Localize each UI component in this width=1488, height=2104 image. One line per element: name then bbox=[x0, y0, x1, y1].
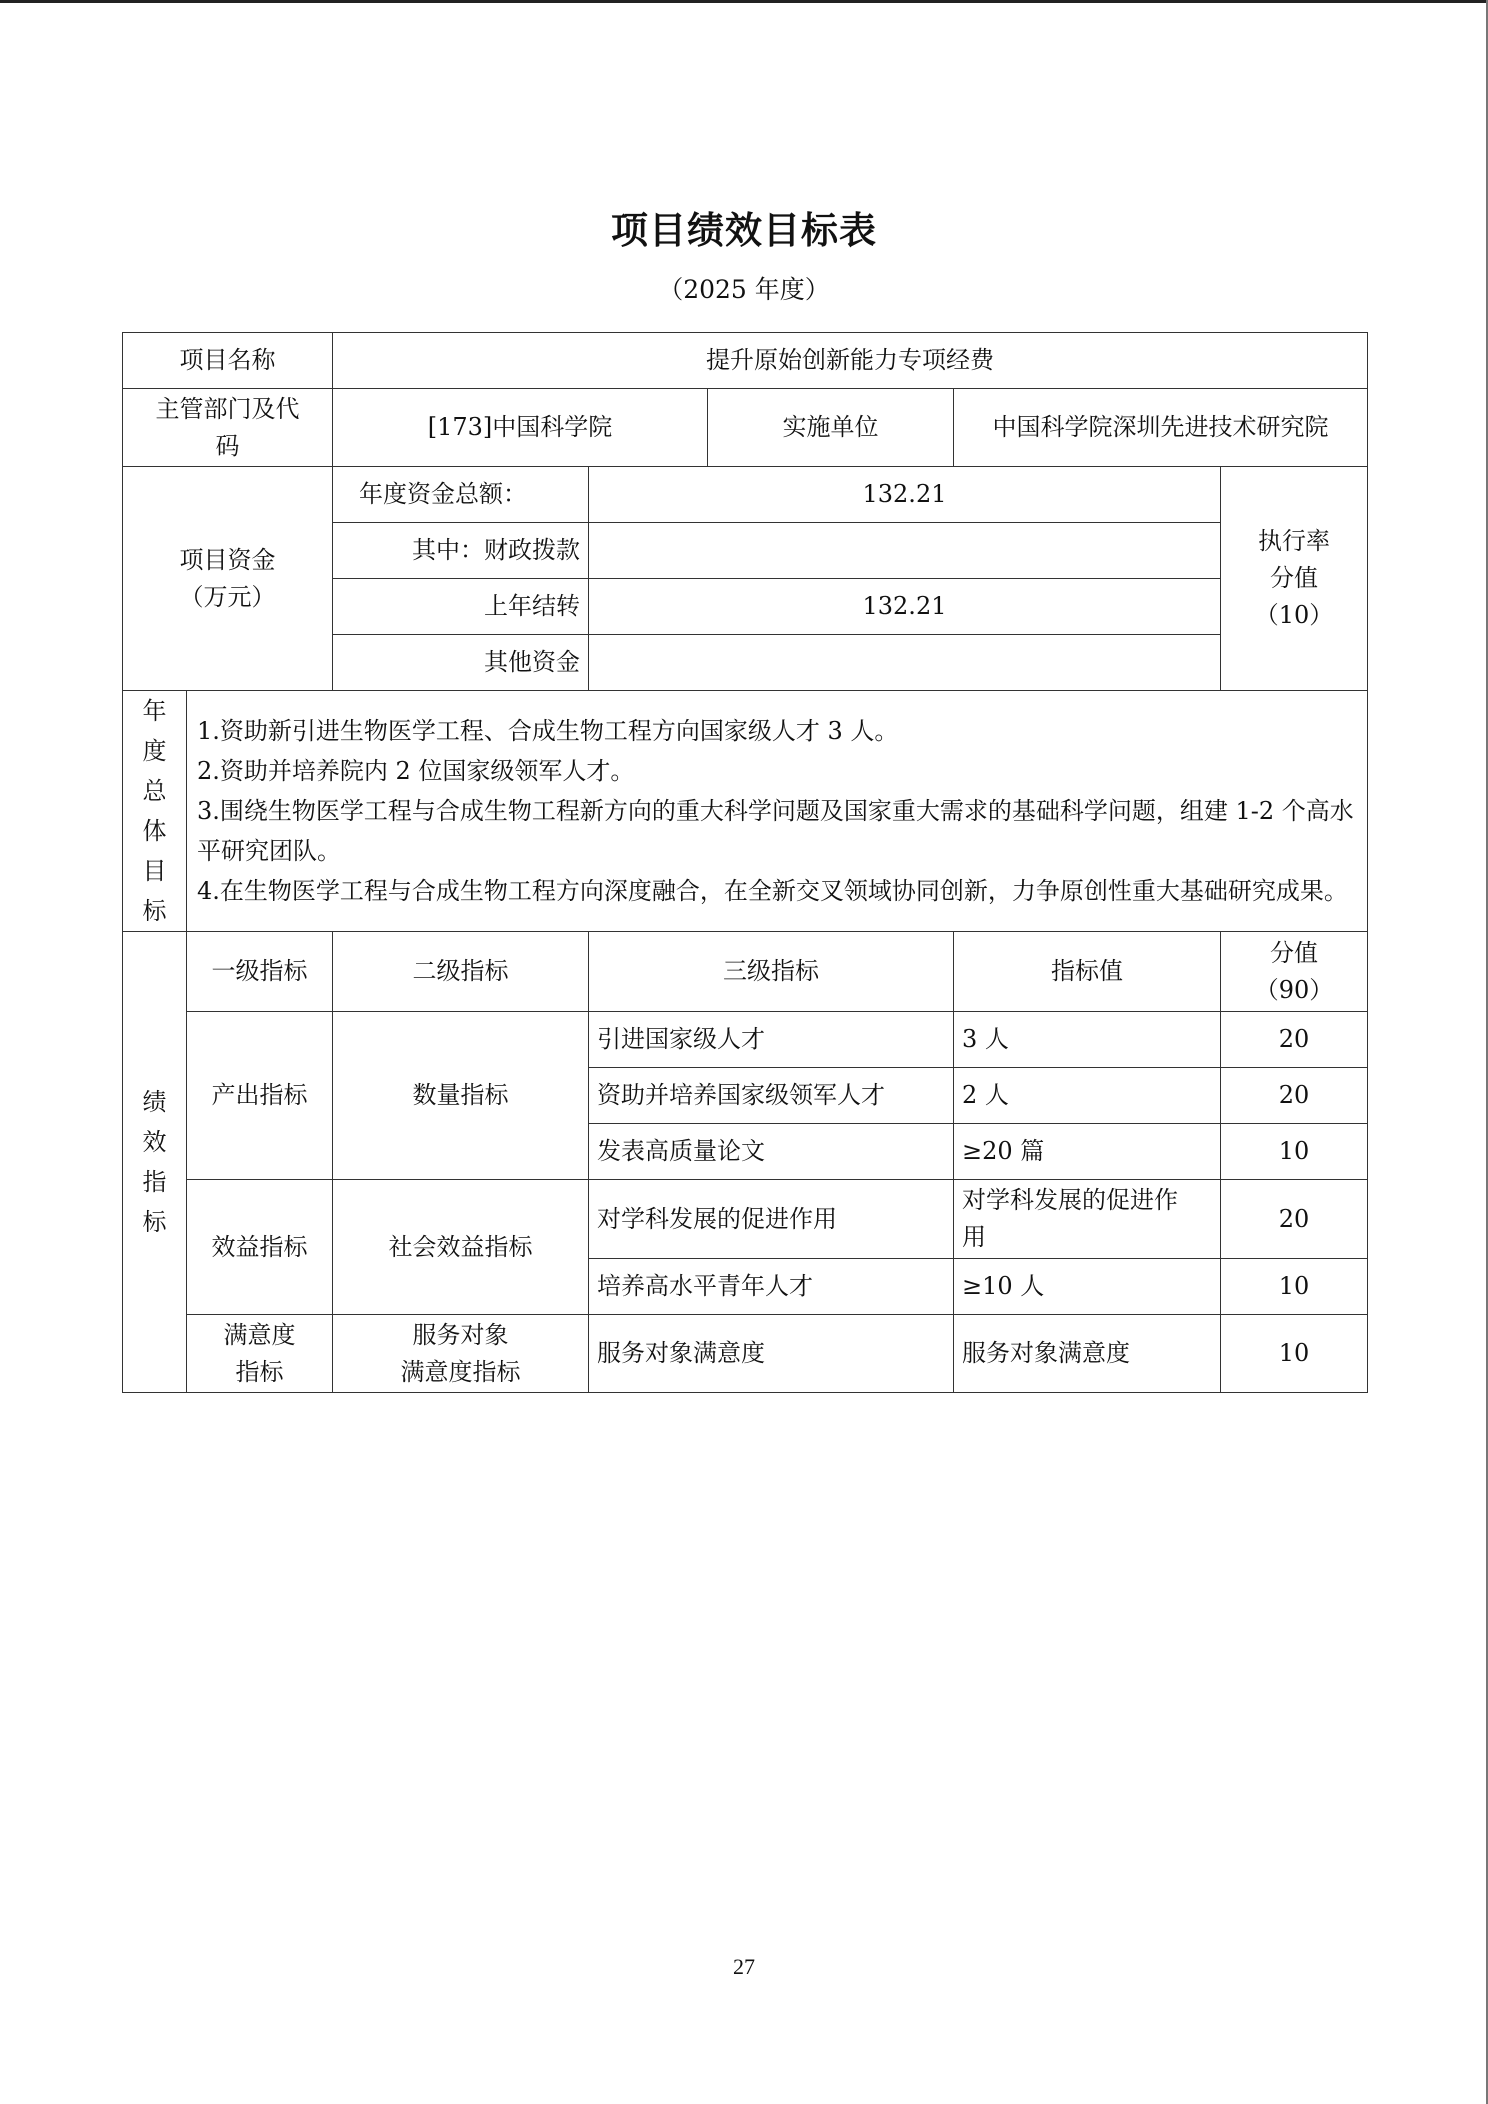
indicator-score: 20 bbox=[1221, 1068, 1368, 1124]
department-row: 主管部门及代 码 [173]中国科学院 实施单位 中国科学院深圳先进技术研究院 bbox=[123, 389, 1368, 467]
header-level3: 三级指标 bbox=[589, 932, 954, 1012]
goals-label-char: 标 bbox=[123, 891, 186, 931]
indicator-value: 2 人 bbox=[954, 1068, 1221, 1124]
goals-label-char: 目 bbox=[123, 851, 186, 891]
annual-goals-content: 1.资助新引进生物医学工程、合成生物工程方向国家级人才 3 人。 2.资助并培养… bbox=[187, 691, 1368, 932]
page-number: 27 bbox=[0, 1954, 1488, 1980]
indicators-label-char: 效 bbox=[123, 1122, 186, 1162]
funds-fiscal-value bbox=[589, 523, 1221, 579]
page-subtitle: （2025 年度） bbox=[0, 270, 1488, 306]
goals-label-char: 体 bbox=[123, 811, 186, 851]
indicator-value: 对学科发展的促进作用 bbox=[954, 1180, 1221, 1259]
header-score: 分值 （90） bbox=[1221, 932, 1368, 1012]
department-label-line1: 主管部门及代 bbox=[131, 391, 324, 428]
indicator-level3: 服务对象满意度 bbox=[589, 1315, 954, 1393]
indicator-score: 20 bbox=[1221, 1012, 1368, 1068]
indicator-score: 20 bbox=[1221, 1180, 1368, 1259]
department-label-line2: 码 bbox=[131, 428, 324, 465]
implementing-unit-label: 实施单位 bbox=[708, 389, 954, 467]
benefit-indicator-level2: 社会效益指标 bbox=[333, 1180, 589, 1315]
funds-carryover-label: 上年结转 bbox=[333, 579, 589, 635]
indicator-score: 10 bbox=[1221, 1315, 1368, 1393]
indicator-level3: 对学科发展的促进作用 bbox=[589, 1180, 954, 1259]
indicator-score: 10 bbox=[1221, 1259, 1368, 1315]
goals-label-char: 总 bbox=[123, 771, 186, 811]
indicator-level3: 资助并培养国家级领军人才 bbox=[589, 1068, 954, 1124]
indicator-value: ≥20 篇 bbox=[954, 1124, 1221, 1180]
indicators-header-row: 绩 效 指 标 一级指标 二级指标 三级指标 指标值 分值 （90） bbox=[123, 932, 1368, 1012]
satisfaction-level2-line2: 满意度指标 bbox=[341, 1354, 580, 1391]
goal-item-4: 4.在生物医学工程与合成生物工程方向深度融合，在全新交叉领域协同创新，力争原创性… bbox=[197, 871, 1357, 911]
execution-rate-line2: 分值 bbox=[1229, 560, 1359, 597]
satisfaction-indicator-level1: 满意度 指标 bbox=[187, 1315, 333, 1393]
indicator-level3: 培养高水平青年人才 bbox=[589, 1259, 954, 1315]
indicator-level3: 发表高质量论文 bbox=[589, 1124, 954, 1180]
project-name-row: 项目名称 提升原始创新能力专项经费 bbox=[123, 333, 1368, 389]
goal-item-1: 1.资助新引进生物医学工程、合成生物工程方向国家级人才 3 人。 bbox=[197, 711, 1357, 751]
goals-label-char: 度 bbox=[123, 731, 186, 771]
indicators-label-char: 绩 bbox=[123, 1082, 186, 1122]
satisfaction-level2-line1: 服务对象 bbox=[341, 1317, 580, 1354]
annual-goals-label: 年 度 总 体 目 标 bbox=[123, 691, 187, 932]
satisfaction-indicator-level2: 服务对象 满意度指标 bbox=[333, 1315, 589, 1393]
execution-rate-line3: （10） bbox=[1229, 597, 1359, 634]
output-indicator-level1: 产出指标 bbox=[187, 1012, 333, 1180]
indicators-label-char: 指 bbox=[123, 1162, 186, 1202]
funds-label-line1: 项目资金 bbox=[131, 542, 324, 579]
goal-item-3: 3.围绕生物医学工程与合成生物工程新方向的重大科学问题及国家重大需求的基础科学问… bbox=[197, 791, 1357, 871]
funds-label: 项目资金 （万元） bbox=[123, 467, 333, 691]
page-top-border bbox=[0, 0, 1488, 3]
annual-goals-row: 年 度 总 体 目 标 1.资助新引进生物医学工程、合成生物工程方向国家级人才 … bbox=[123, 691, 1368, 932]
header-level2: 二级指标 bbox=[333, 932, 589, 1012]
page-title: 项目绩效目标表 bbox=[0, 200, 1488, 254]
indicator-score: 10 bbox=[1221, 1124, 1368, 1180]
project-name-label: 项目名称 bbox=[123, 333, 333, 389]
project-name-value: 提升原始创新能力专项经费 bbox=[333, 333, 1368, 389]
goals-label-char: 年 bbox=[123, 691, 186, 731]
funds-other-value bbox=[589, 635, 1221, 691]
performance-target-table: 项目名称 提升原始创新能力专项经费 主管部门及代 码 [173]中国科学院 实施… bbox=[122, 332, 1368, 1393]
implementing-unit-value: 中国科学院深圳先进技术研究院 bbox=[954, 389, 1368, 467]
funds-fiscal-label: 其中：财政拨款 bbox=[333, 523, 589, 579]
output-indicator-level2: 数量指标 bbox=[333, 1012, 589, 1180]
indicator-value: 3 人 bbox=[954, 1012, 1221, 1068]
funds-row-total: 项目资金 （万元） 年度资金总额： 132.21 执行率 分值 （10） bbox=[123, 467, 1368, 523]
goal-item-2: 2.资助并培养院内 2 位国家级领军人才。 bbox=[197, 751, 1357, 791]
execution-rate-line1: 执行率 bbox=[1229, 523, 1359, 560]
benefit-indicator-level1: 效益指标 bbox=[187, 1180, 333, 1315]
funds-label-line2: （万元） bbox=[131, 579, 324, 616]
header-value: 指标值 bbox=[954, 932, 1221, 1012]
table-row: 效益指标 社会效益指标 对学科发展的促进作用 对学科发展的促进作用 20 bbox=[123, 1180, 1368, 1259]
department-value: [173]中国科学院 bbox=[333, 389, 708, 467]
funds-carryover-value: 132.21 bbox=[589, 579, 1221, 635]
table-row: 满意度 指标 服务对象 满意度指标 服务对象满意度 服务对象满意度 10 bbox=[123, 1315, 1368, 1393]
indicator-level3: 引进国家级人才 bbox=[589, 1012, 954, 1068]
department-label: 主管部门及代 码 bbox=[123, 389, 333, 467]
header-score-line1: 分值 bbox=[1229, 935, 1359, 972]
satisfaction-level1-line1: 满意度 bbox=[195, 1317, 324, 1354]
indicators-label-char: 标 bbox=[123, 1202, 186, 1242]
header-score-line2: （90） bbox=[1229, 972, 1359, 1009]
funds-total-value: 132.21 bbox=[589, 467, 1221, 523]
performance-indicators-label: 绩 效 指 标 bbox=[123, 932, 187, 1393]
funds-total-label: 年度资金总额： bbox=[333, 467, 589, 523]
table-row: 产出指标 数量指标 引进国家级人才 3 人 20 bbox=[123, 1012, 1368, 1068]
indicator-value: ≥10 人 bbox=[954, 1259, 1221, 1315]
execution-rate-score-label: 执行率 分值 （10） bbox=[1221, 467, 1368, 691]
satisfaction-level1-line2: 指标 bbox=[195, 1354, 324, 1391]
funds-other-label: 其他资金 bbox=[333, 635, 589, 691]
header-level1: 一级指标 bbox=[187, 932, 333, 1012]
indicator-value: 服务对象满意度 bbox=[954, 1315, 1221, 1393]
